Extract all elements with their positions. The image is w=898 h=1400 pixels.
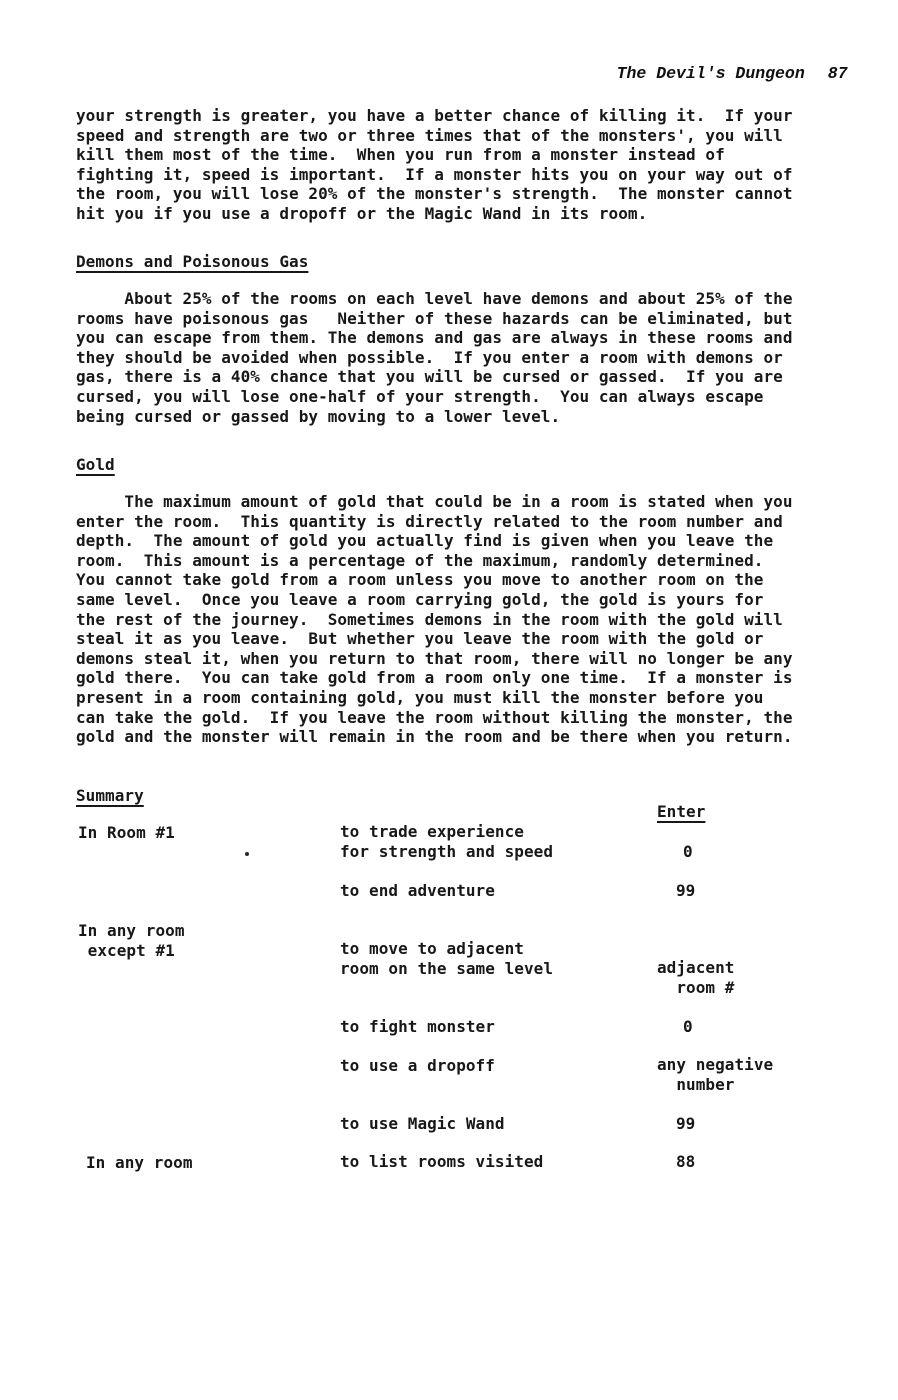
intro-paragraph: your strength is greater, you have a bet… <box>76 106 793 224</box>
summary-action: to use a dropoff <box>340 1056 495 1076</box>
summary-action: to trade experience for strength and spe… <box>340 822 553 861</box>
summary-enter-value: 99 <box>676 881 695 901</box>
gold-paragraph: The maximum amount of gold that could be… <box>76 492 793 747</box>
summary-enter-value: 0 <box>683 1017 693 1037</box>
summary-heading: Summary <box>76 786 144 806</box>
running-title: The Devil's Dungeon <box>617 64 805 83</box>
summary-condition: In any room <box>86 1153 193 1173</box>
summary-action: to end adventure <box>340 881 495 901</box>
summary-enter-value: 0 <box>683 842 693 862</box>
summary-condition: In Room #1 <box>78 823 175 843</box>
summary-enter-value: any negative number <box>657 1055 773 1094</box>
section-heading-gold: Gold <box>76 455 115 475</box>
summary-enter-value: 88 <box>676 1152 695 1172</box>
summary-condition: In any room except #1 <box>78 921 185 960</box>
demons-paragraph: About 25% of the rooms on each level hav… <box>76 289 793 426</box>
summary-action: to list rooms visited <box>340 1152 543 1172</box>
summary-enter-value: adjacent room # <box>657 958 734 997</box>
section-heading-demons: Demons and Poisonous Gas <box>76 252 308 272</box>
summary-enter-column-header: Enter <box>657 802 705 822</box>
page-number: 87 <box>828 64 848 83</box>
summary-action: to fight monster <box>340 1017 495 1037</box>
page-header: The Devil's Dungeon87 <box>577 44 848 104</box>
summary-action: to use Magic Wand <box>340 1114 505 1134</box>
summary-enter-value: 99 <box>676 1114 695 1134</box>
book-page: The Devil's Dungeon87 your strength is g… <box>0 0 898 1400</box>
summary-action: to move to adjacent room on the same lev… <box>340 939 553 978</box>
stray-ink-dot <box>245 852 249 856</box>
